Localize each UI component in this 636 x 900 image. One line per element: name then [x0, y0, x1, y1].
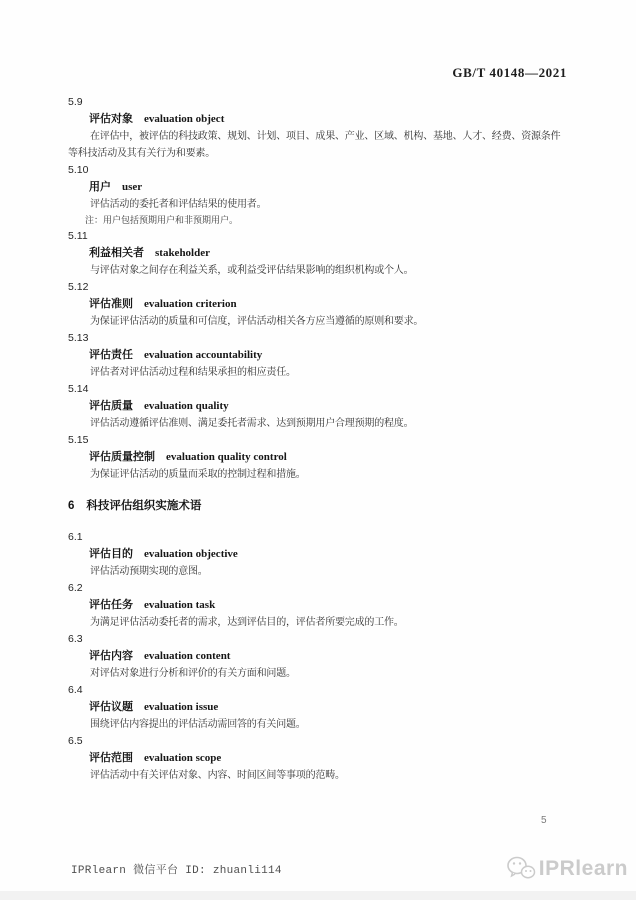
term-heading: 评估目的evaluation objective — [68, 546, 567, 563]
term-heading: 评估质量控制evaluation quality control — [68, 449, 567, 466]
term-chinese: 用户 — [89, 181, 111, 193]
term-chinese: 评估任务 — [89, 599, 133, 611]
term-definition: 评估活动预期实现的意图。 — [68, 563, 567, 580]
term-entry-6-2: 6.2 评估任务evaluation task 为满足评估活动委托者的需求，达到… — [68, 580, 567, 631]
term-definition: 对评估对象进行分析和评价的有关方面和问题。 — [68, 665, 567, 682]
term-english: evaluation scope — [144, 752, 221, 764]
term-number: 6.5 — [68, 733, 567, 750]
standard-number: GB/T 40148—2021 — [452, 65, 567, 81]
term-english: evaluation content — [144, 650, 230, 662]
term-english: evaluation quality — [144, 400, 229, 412]
term-definition: 为保证评估活动的质量而采取的控制过程和措施。 — [68, 466, 567, 483]
document-page: GB/T 40148—2021 5.9 评估对象evaluation objec… — [0, 0, 636, 900]
term-definition: 评估活动遵循评估准则、满足委托者需求、达到预期用户合理预期的程度。 — [68, 415, 567, 432]
term-definition: 为满足评估活动委托者的需求，达到评估目的，评估者所要完成的工作。 — [68, 614, 567, 631]
term-entry-5-11: 5.11 利益相关者stakeholder 与评估对象之间存在利益关系，或利益受… — [68, 228, 567, 279]
term-number: 5.11 — [68, 228, 567, 245]
term-english: evaluation quality control — [166, 451, 287, 463]
iprlearn-watermark: IPRlearn — [506, 855, 628, 882]
term-entry-5-12: 5.12 评估准则evaluation criterion 为保证评估活动的质量… — [68, 279, 567, 330]
term-chinese: 评估质量控制 — [89, 451, 155, 463]
chat-bubbles-icon — [506, 855, 536, 882]
term-definition: 为保证评估活动的质量和可信度，评估活动相关各方应当遵循的原则和要求。 — [68, 313, 567, 330]
term-note: 注：用户包括预期用户和非预期用户。 — [68, 213, 567, 228]
term-number: 6.2 — [68, 580, 567, 597]
term-number: 5.9 — [68, 94, 567, 111]
term-chinese: 评估议题 — [89, 701, 133, 713]
term-heading: 评估准则evaluation criterion — [68, 296, 567, 313]
term-number: 6.4 — [68, 682, 567, 699]
section-title: 科技评估组织实施术语 — [86, 500, 201, 512]
term-english: evaluation criterion — [144, 298, 237, 310]
term-definition: 与评估对象之间存在利益关系，或利益受评估结果影响的组织机构或个人。 — [68, 262, 567, 279]
term-chinese: 评估范围 — [89, 752, 133, 764]
term-number: 5.10 — [68, 162, 567, 179]
term-definition: 评估活动中有关评估对象、内容、时间区间等事项的范畴。 — [68, 767, 567, 784]
term-number: 5.15 — [68, 432, 567, 449]
term-chinese: 评估内容 — [89, 650, 133, 662]
term-entry-5-15: 5.15 评估质量控制evaluation quality control 为保… — [68, 432, 567, 483]
term-entry-6-4: 6.4 评估议题evaluation issue 围绕评估内容提出的评估活动需回… — [68, 682, 567, 733]
page-bottom-edge — [0, 891, 636, 900]
term-english: evaluation objective — [144, 548, 238, 560]
term-heading: 评估质量evaluation quality — [68, 398, 567, 415]
section-number: 6 — [68, 500, 74, 512]
platform-id-text: IPRlearn 微信平台 ID: zhuanli114 — [71, 861, 282, 877]
page-number: 5 — [541, 815, 547, 826]
term-english: user — [122, 181, 142, 193]
term-number: 5.13 — [68, 330, 567, 347]
term-chinese: 评估准则 — [89, 298, 133, 310]
term-english: evaluation issue — [144, 701, 218, 713]
term-number: 5.12 — [68, 279, 567, 296]
term-heading: 用户user — [68, 179, 567, 196]
term-number: 6.3 — [68, 631, 567, 648]
term-english: stakeholder — [155, 247, 210, 259]
term-english: evaluation object — [144, 113, 224, 125]
term-chinese: 评估责任 — [89, 349, 133, 361]
term-chinese: 利益相关者 — [89, 247, 144, 259]
term-definition: 评估者对评估活动过程和结果承担的相应责任。 — [68, 364, 567, 381]
term-definition: 围绕评估内容提出的评估活动需回答的有关问题。 — [68, 716, 567, 733]
term-chinese: 评估目的 — [89, 548, 133, 560]
term-number: 6.1 — [68, 529, 567, 546]
term-entry-5-14: 5.14 评估质量evaluation quality 评估活动遵循评估准则、满… — [68, 381, 567, 432]
term-heading: 评估对象evaluation object — [68, 111, 567, 128]
term-entry-5-13: 5.13 评估责任evaluation accountability 评估者对评… — [68, 330, 567, 381]
watermark-text: IPRlearn — [539, 857, 628, 881]
term-heading: 评估责任evaluation accountability — [68, 347, 567, 364]
term-entry-6-1: 6.1 评估目的evaluation objective 评估活动预期实现的意图… — [68, 529, 567, 580]
term-english: evaluation accountability — [144, 349, 262, 361]
term-definition: 评估活动的委托者和评估结果的使用者。 — [68, 196, 567, 213]
term-chinese: 评估质量 — [89, 400, 133, 412]
term-entry-6-5: 6.5 评估范围evaluation scope 评估活动中有关评估对象、内容、… — [68, 733, 567, 784]
term-heading: 评估内容evaluation content — [68, 648, 567, 665]
term-english: evaluation task — [144, 599, 215, 611]
term-number: 5.14 — [68, 381, 567, 398]
term-heading: 评估议题evaluation issue — [68, 699, 567, 716]
section-6-heading: 6科技评估组织实施术语 — [68, 498, 567, 515]
terms-content: 5.9 评估对象evaluation object 在评估中，被评估的科技政策、… — [68, 94, 567, 784]
term-heading: 利益相关者stakeholder — [68, 245, 567, 262]
term-definition: 在评估中，被评估的科技政策、规划、计划、项目、成果、产业、区域、机构、基地、人才… — [68, 128, 567, 162]
term-entry-5-10: 5.10 用户user 评估活动的委托者和评估结果的使用者。 注：用户包括预期用… — [68, 162, 567, 228]
term-heading: 评估任务evaluation task — [68, 597, 567, 614]
term-entry-5-9: 5.9 评估对象evaluation object 在评估中，被评估的科技政策、… — [68, 94, 567, 162]
term-heading: 评估范围evaluation scope — [68, 750, 567, 767]
term-chinese: 评估对象 — [89, 113, 133, 125]
term-entry-6-3: 6.3 评估内容evaluation content 对评估对象进行分析和评价的… — [68, 631, 567, 682]
